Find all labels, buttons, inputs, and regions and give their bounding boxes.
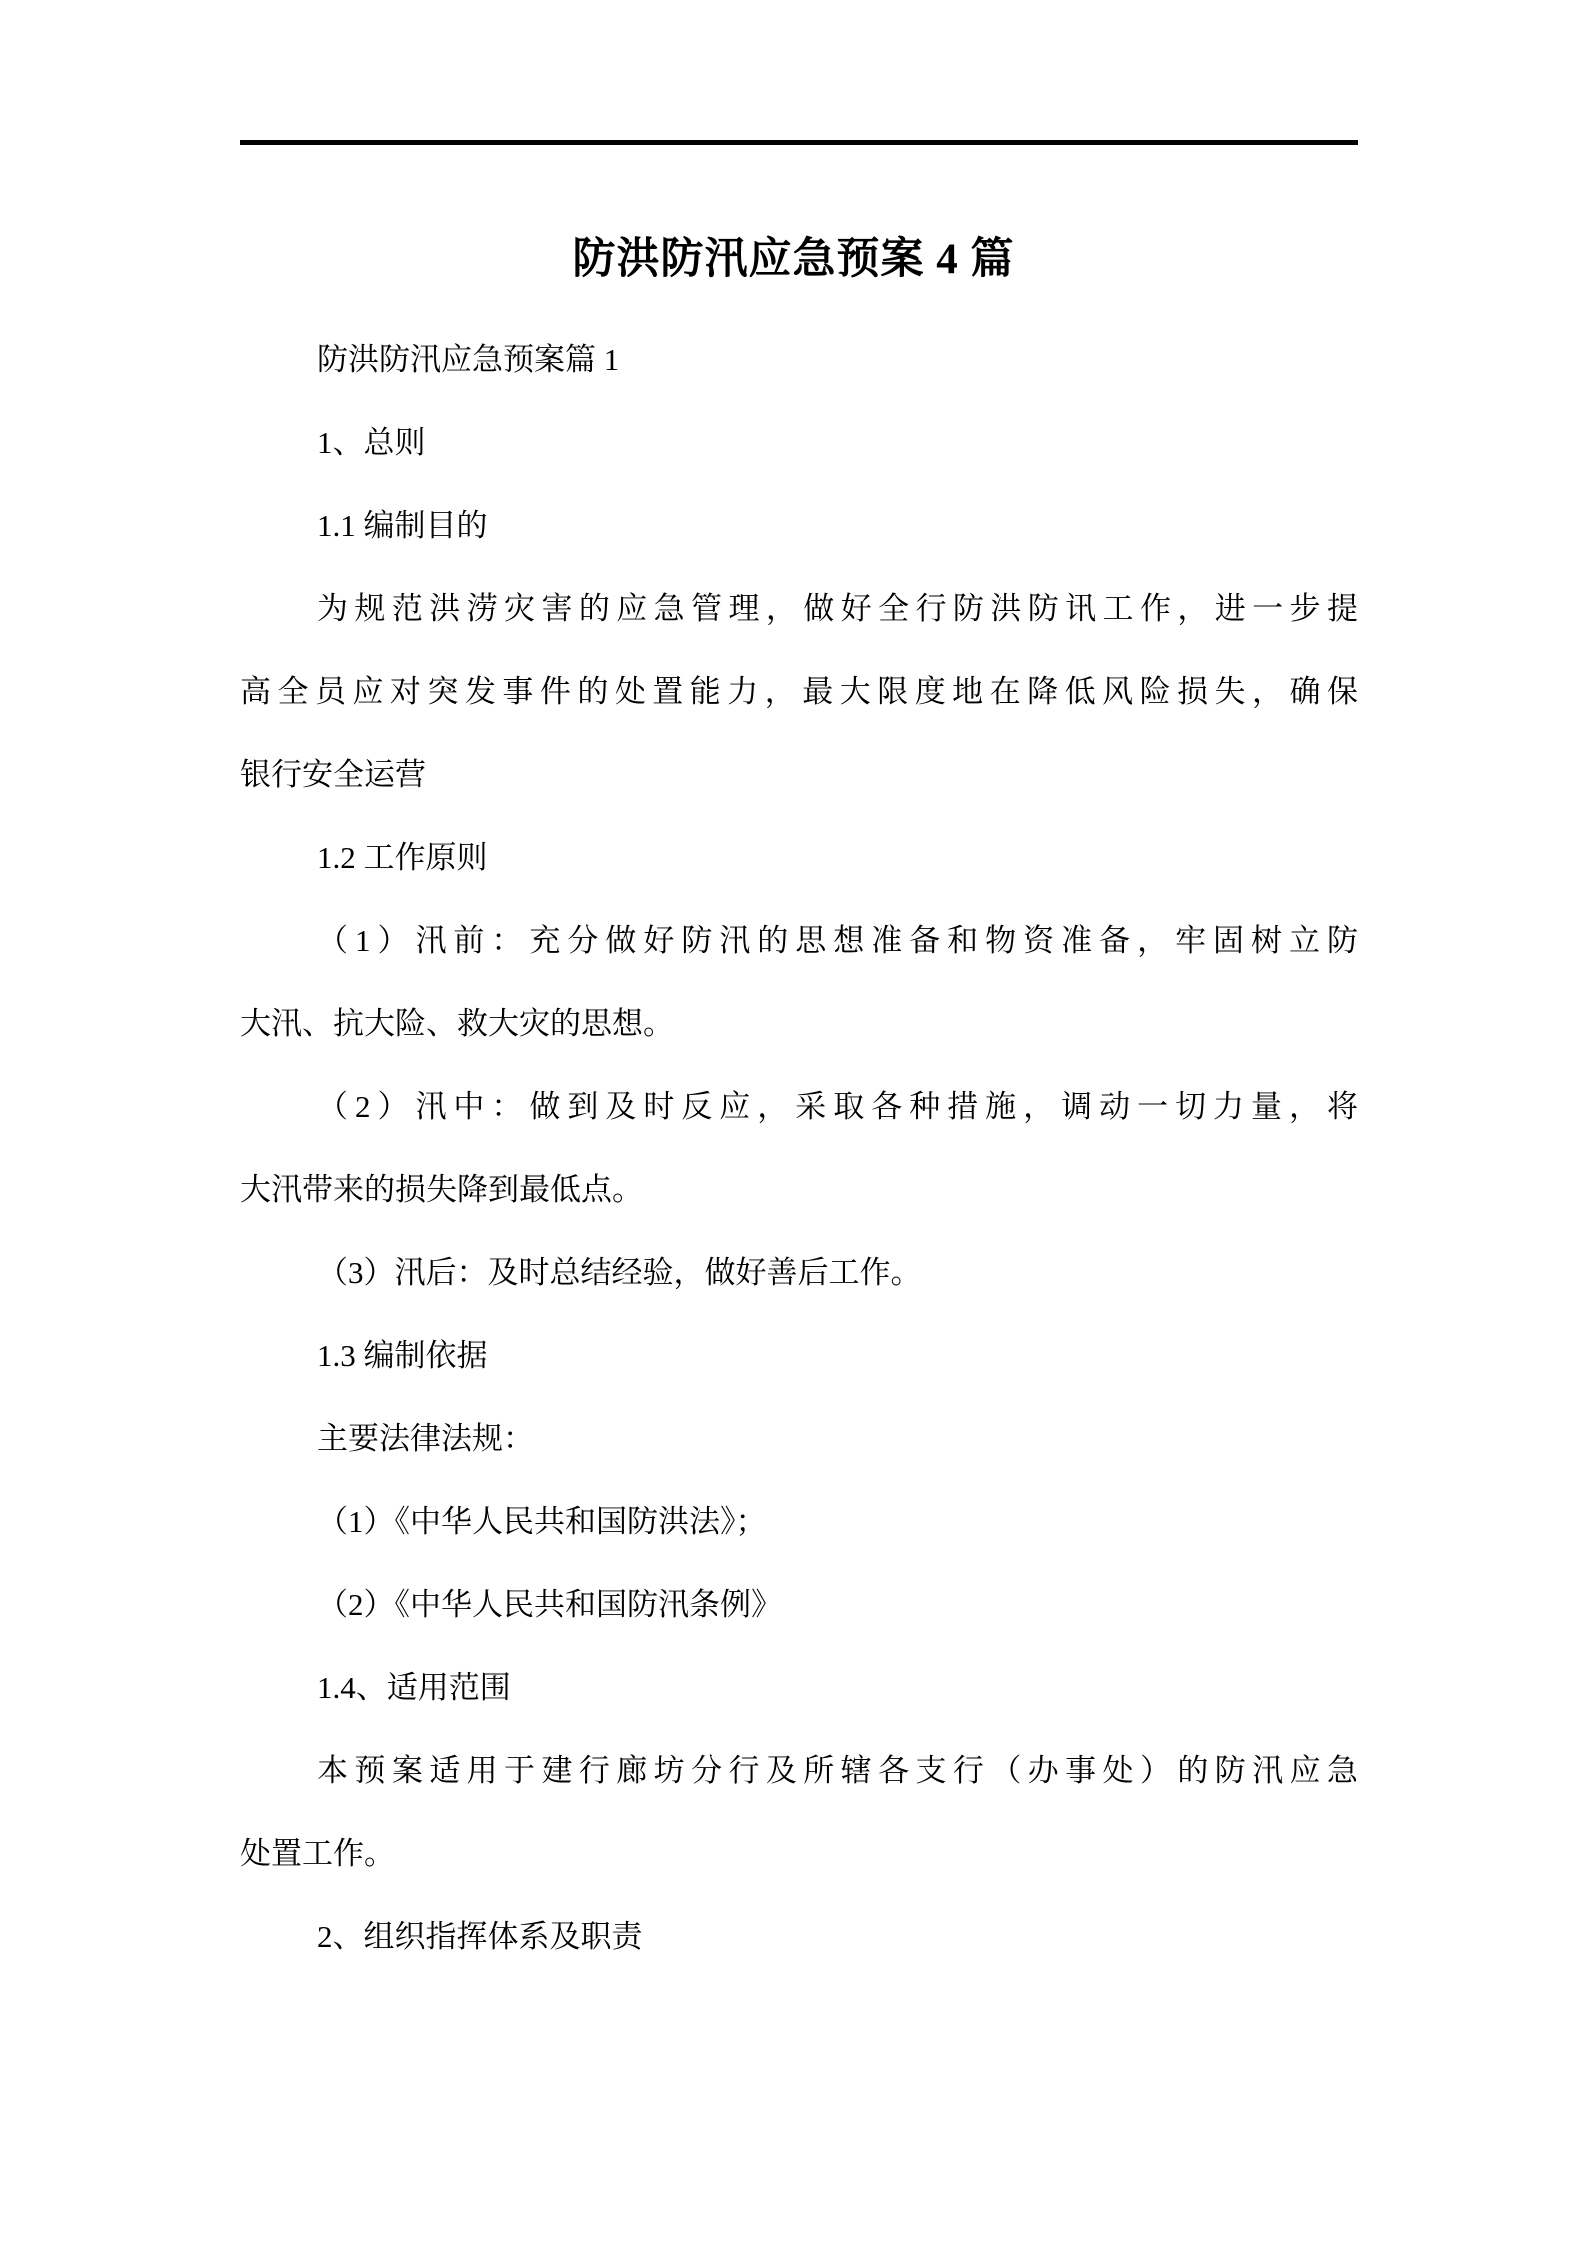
heading-line: 1.2 工作原则 bbox=[240, 816, 1358, 899]
body-line: 为规范洪涝灾害的应急管理，做好全行防洪防讯工作，进一步提 bbox=[240, 567, 1358, 650]
body-line: 处置工作。 bbox=[240, 1812, 1358, 1895]
document-title: 防洪防汛应急预案 4 篇 bbox=[0, 234, 1587, 286]
body-line: （3）汛后：及时总结经验，做好善后工作。 bbox=[240, 1231, 1358, 1314]
heading-line: 1、总则 bbox=[240, 401, 1358, 484]
body-line: （2）汛中：做到及时反应，采取各种措施，调动一切力量，将 bbox=[240, 1065, 1358, 1148]
heading-line: 1.1 编制目的 bbox=[240, 484, 1358, 567]
body-line: （2）《中华人民共和国防汛条例》 bbox=[240, 1563, 1358, 1646]
body-line: 主要法律法规： bbox=[240, 1397, 1358, 1480]
body-line: （1）汛前：充分做好防汛的思想准备和物资准备，牢固树立防 bbox=[240, 899, 1358, 982]
body-line: 防洪防汛应急预案篇 1 bbox=[240, 318, 1358, 401]
body-line: 大汛带来的损失降到最低点。 bbox=[240, 1148, 1358, 1231]
heading-line: 2、组织指挥体系及职责 bbox=[240, 1895, 1358, 1978]
heading-line: 1.4、适用范围 bbox=[240, 1646, 1358, 1729]
header-rule bbox=[240, 140, 1358, 145]
body-line: 高全员应对突发事件的处置能力，最大限度地在降低风险损失，确保 bbox=[240, 650, 1358, 733]
body-line: （1）《中华人民共和国防洪法》； bbox=[240, 1480, 1358, 1563]
body-line: 大汛、抗大险、救大灾的思想。 bbox=[240, 982, 1358, 1065]
body-line: 银行安全运营 bbox=[240, 733, 1358, 816]
body-line: 本预案适用于建行廊坊分行及所辖各支行（办事处）的防汛应急 bbox=[240, 1729, 1358, 1812]
document-page: 防洪防汛应急预案 4 篇 防洪防汛应急预案篇 1 1、总则 1.1 编制目的 为… bbox=[0, 0, 1587, 2245]
document-body: 防洪防汛应急预案篇 1 1、总则 1.1 编制目的 为规范洪涝灾害的应急管理，做… bbox=[240, 318, 1358, 1978]
heading-line: 1.3 编制依据 bbox=[240, 1314, 1358, 1397]
